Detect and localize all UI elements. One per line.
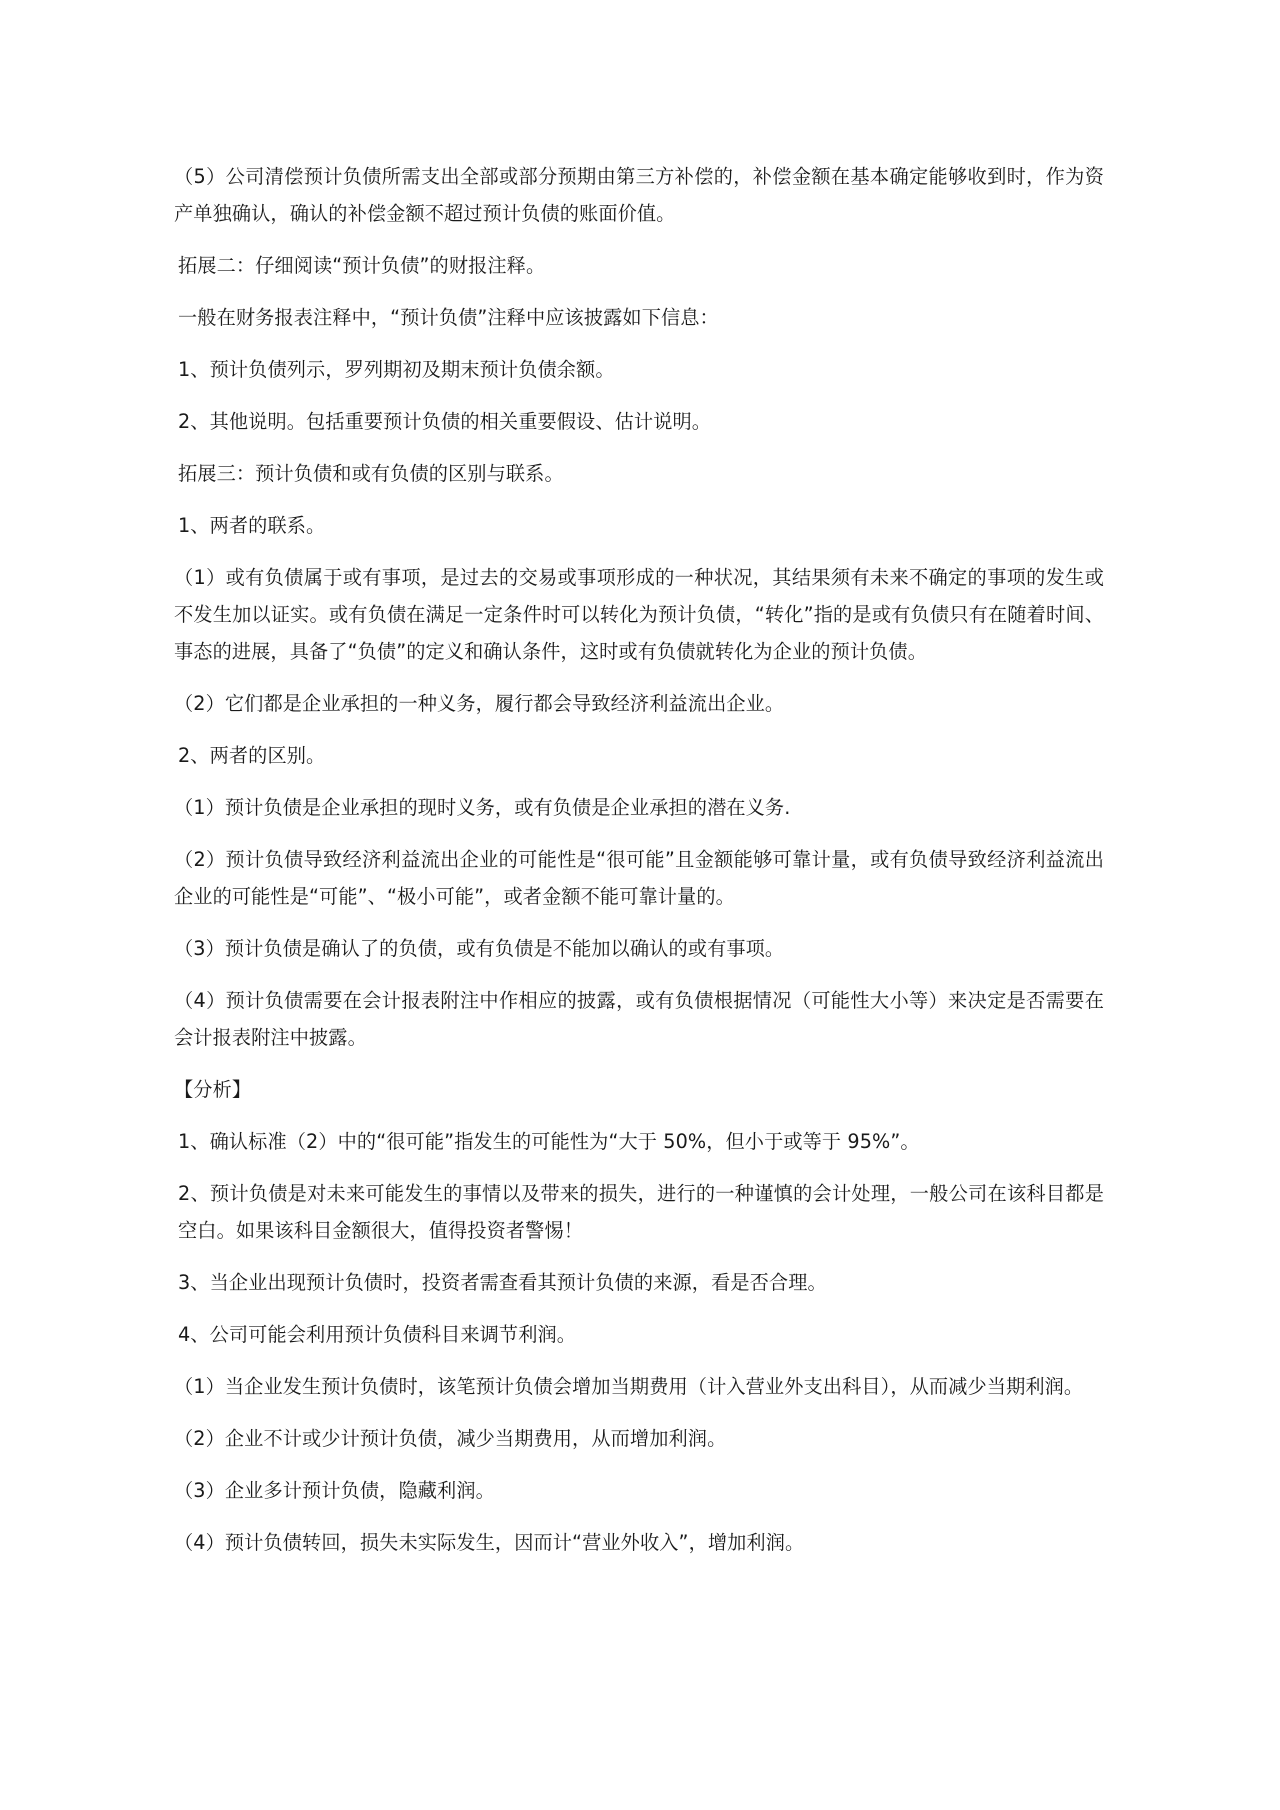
relation-heading: 1、两者的联系。 <box>178 507 1104 544</box>
document-body: （5）公司清偿预计负债所需支出全部或部分预期由第三方补偿的，补偿金额在基本确定能… <box>178 158 1104 1561</box>
extension-3-title: 拓展三：预计负债和或有负债的区别与联系。 <box>178 455 1104 492</box>
difference-item-3: （3）预计负债是确认了的负债，或有负债是不能加以确认的或有事项。 <box>174 930 1104 967</box>
difference-item-4: （4）预计负债需要在会计报表附注中作相应的披露，或有负债根据情况（可能性大小等）… <box>174 982 1104 1056</box>
paragraph-compensation: （5）公司清偿预计负债所需支出全部或部分预期由第三方补偿的，补偿金额在基本确定能… <box>174 158 1104 232</box>
relation-item-2: （2）它们都是企业承担的一种义务，履行都会导致经济利益流出企业。 <box>174 685 1104 722</box>
extension-2-intro: 一般在财务报表注释中，“预计负债”注释中应该披露如下信息： <box>178 299 1104 336</box>
analysis-subitem-3: （3）企业多计预计负债，隐藏利润。 <box>174 1472 1104 1509</box>
relation-item-1: （1）或有负债属于或有事项，是过去的交易或事项形成的一种状况，其结果须有未来不确… <box>174 559 1104 670</box>
difference-item-1: （1）预计负债是企业承担的现时义务，或有负债是企业承担的潜在义务. <box>174 789 1104 826</box>
analysis-subitem-2: （2）企业不计或少计预计负债，减少当期费用，从而增加利润。 <box>174 1420 1104 1457</box>
analysis-subitem-4: （4）预计负债转回，损失未实际发生，因而计“营业外收入”，增加利润。 <box>174 1524 1104 1561</box>
analysis-heading: 【分析】 <box>174 1071 1104 1108</box>
extension-2-title: 拓展二：仔细阅读“预计负债”的财报注释。 <box>178 247 1104 284</box>
difference-item-2: （2）预计负债导致经济利益流出企业的可能性是“很可能”且金额能够可靠计量，或有负… <box>174 841 1104 915</box>
analysis-subitem-1: （1）当企业发生预计负债时，该笔预计负债会增加当期费用（计入营业外支出科目），从… <box>174 1368 1104 1405</box>
analysis-item-1: 1、确认标准（2）中的“很可能”指发生的可能性为“大于 50%，但小于或等于 9… <box>178 1123 1104 1160</box>
difference-heading: 2、两者的区别。 <box>178 737 1104 774</box>
analysis-item-2: 2、预计负债是对未来可能发生的事情以及带来的损失，进行的一种谨慎的会计处理，一般… <box>178 1175 1104 1249</box>
document-page: （5）公司清偿预计负债所需支出全部或部分预期由第三方补偿的，补偿金额在基本确定能… <box>0 0 1280 1810</box>
extension-2-item-2: 2、其他说明。包括重要预计负债的相关重要假设、估计说明。 <box>178 403 1104 440</box>
analysis-item-4: 4、公司可能会利用预计负债科目来调节利润。 <box>178 1316 1104 1353</box>
analysis-item-3: 3、当企业出现预计负债时，投资者需查看其预计负债的来源，看是否合理。 <box>178 1264 1104 1301</box>
extension-2-item-1: 1、预计负债列示，罗列期初及期末预计负债余额。 <box>178 351 1104 388</box>
